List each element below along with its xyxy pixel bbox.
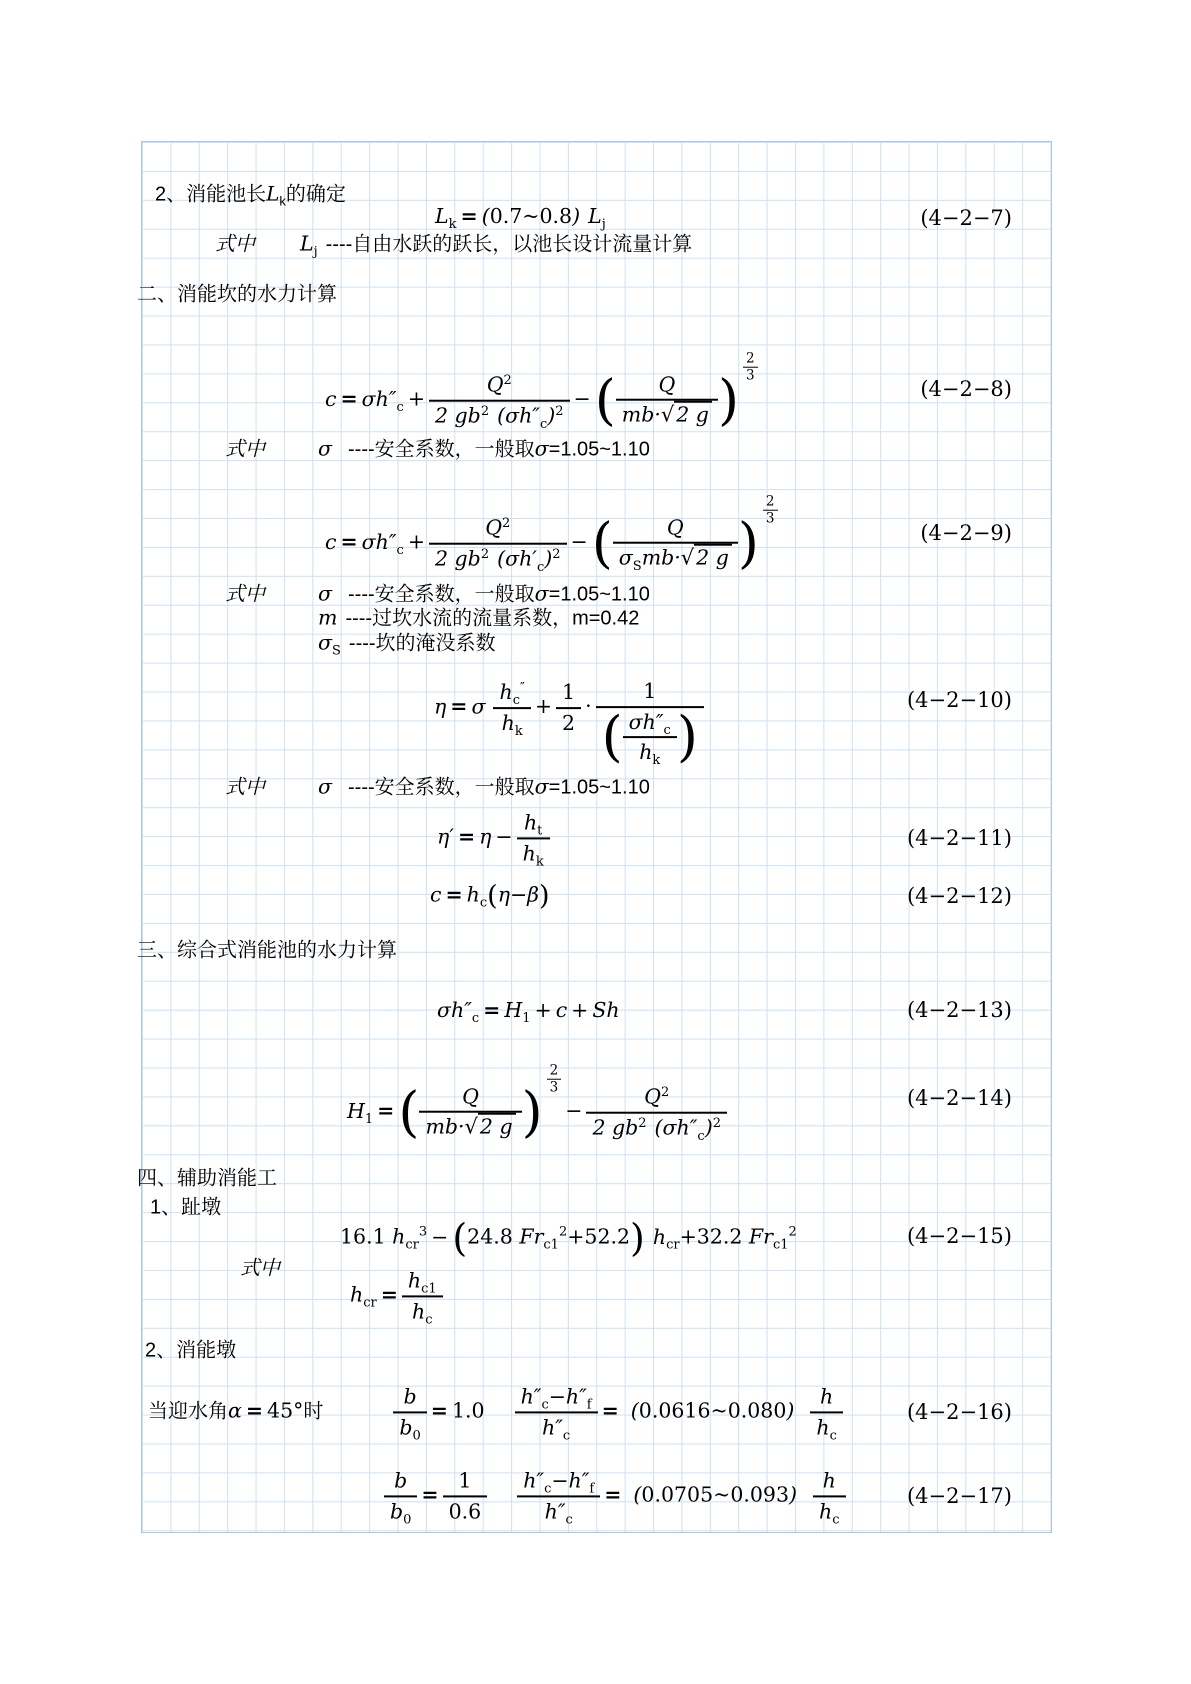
math-var: h — [653, 1225, 666, 1249]
math-var: L — [300, 232, 314, 256]
numerator: Q2 — [586, 1085, 727, 1112]
math-sup: 3 — [419, 1225, 427, 1240]
formula-4-2-17: bb0=10.6h″c−h″fh″c=(0.0705~0.093)hhc — [384, 1468, 846, 1523]
math-number: 1 — [562, 680, 575, 704]
math-sup: 2 — [504, 373, 512, 388]
equation-label-4-2-10: (4−2−10) — [907, 688, 1012, 712]
math-sub: c — [541, 1398, 548, 1413]
fraction: 10.6 — [443, 1468, 488, 1523]
numerator: Q2 — [429, 373, 570, 400]
math-number: 0.6 — [449, 1499, 482, 1523]
math-var: σ — [535, 437, 549, 461]
denominator: mb·√2 g — [616, 399, 718, 428]
math-term: η−β — [498, 883, 539, 907]
math-sub: c — [397, 543, 404, 558]
equals-sign: = — [242, 1399, 267, 1423]
explain-text: =1.05~1.10 — [549, 439, 650, 461]
big-paren-left: ( — [398, 1089, 419, 1135]
numerator: b — [384, 1468, 417, 1495]
formula-4-2-12: c=hc(η−β) — [430, 883, 550, 910]
radicand: 2 g — [478, 1113, 516, 1139]
plus-sign: + — [567, 998, 592, 1022]
shizhong-label: 式中 — [225, 777, 265, 799]
math-sup: 2 — [481, 547, 489, 562]
explain-line-sigma-1: 式中σ----安全系数，一般取σ=1.05~1.10 — [225, 433, 650, 462]
numerator: h″c−h″f — [515, 1384, 598, 1411]
equals-sign: = — [600, 1483, 625, 1507]
numerator: Q — [613, 516, 738, 543]
paren: ) — [705, 1115, 713, 1139]
sqrt-radical: √2 g — [661, 403, 712, 428]
math-sub: c — [697, 1128, 704, 1143]
fraction: Qmb·√2 g — [616, 373, 718, 429]
math-sub: k — [536, 854, 544, 869]
math-var: Q — [667, 516, 684, 540]
explain-line-shizhong: 式中 — [240, 1252, 280, 1281]
minus-sign: − — [570, 387, 595, 411]
denominator: hk — [517, 837, 550, 866]
math-term: 2 gb — [435, 403, 481, 427]
fraction: bb0 — [393, 1384, 426, 1439]
equals-sign: = — [454, 825, 479, 849]
fraction: hc″hk — [493, 680, 530, 735]
numerator: Q — [616, 373, 718, 400]
numerator: h — [810, 1384, 842, 1411]
equals-sign: = — [441, 883, 466, 907]
math-var: H — [347, 1099, 365, 1123]
math-term: σh″ — [629, 710, 664, 734]
exponent-denominator: 3 — [763, 511, 778, 526]
paren: ) — [572, 204, 580, 228]
sqrt-radical: √2 g — [465, 1115, 516, 1140]
paren: ( — [482, 204, 490, 228]
math-var: h — [502, 711, 515, 735]
math-term: (σh″ — [497, 403, 540, 427]
math-sub: c1 — [421, 1282, 437, 1297]
math-var: h — [467, 883, 480, 907]
equation-label-4-2-7: (4−2−7) — [920, 206, 1012, 230]
minus-sign: − — [491, 825, 516, 849]
equation-label-4-2-12: (4−2−12) — [907, 884, 1012, 908]
formula-4-2-15: 16.1 hcr3−(24.8 Frc12+52.2)hcr+32.2 Frc1… — [340, 1221, 797, 1255]
equation-label-4-2-14: (4−2−14) — [907, 1086, 1012, 1110]
math-var: h — [350, 1283, 363, 1307]
math-number: 16.1 — [340, 1225, 392, 1249]
math-sub: cr — [405, 1238, 419, 1253]
heading-sub-1: 1、趾墩 — [150, 1191, 221, 1220]
equals-sign: = — [377, 1283, 402, 1307]
math-sub: j — [314, 245, 318, 260]
math-number: 1 — [458, 1468, 471, 1492]
math-number: 24.8 — [467, 1225, 519, 1249]
minus-sign: − — [561, 1099, 586, 1123]
math-term: mb· — [642, 546, 681, 570]
math-term: (σh′ — [497, 546, 537, 570]
math-var: h — [820, 1384, 833, 1408]
fraction: hthk — [517, 810, 550, 865]
fraction: 12 — [556, 680, 581, 735]
equation-label-4-2-15: (4−2−15) — [907, 1224, 1012, 1248]
math-sub: c1 — [773, 1238, 789, 1253]
denominator: 2 gb2(σh″c)2 — [586, 1111, 727, 1140]
denominator: 2 gb2(σh″c)2 — [429, 399, 570, 428]
heading-section-2: 二、消能坎的水力计算 — [137, 278, 337, 307]
math-var: b — [394, 1468, 407, 1492]
math-var: α — [228, 1399, 242, 1423]
denominator: hc — [402, 1295, 443, 1324]
math-sub: c — [425, 1312, 432, 1327]
math-var: L — [588, 204, 602, 228]
formula-4-2-10: η=σhc″hk+12·1(σh″chk) — [434, 679, 704, 737]
numerator: Q2 — [429, 516, 567, 543]
math-sub: cr — [666, 1238, 680, 1253]
minus-sign: − — [567, 530, 592, 554]
math-var: c — [430, 883, 441, 907]
formula-4-2-14: H1=(Qmb·√2 g)23−Q22 gb2(σh″c)2 — [347, 1064, 727, 1141]
math-sub: c — [397, 400, 404, 415]
math-sub: S — [332, 644, 341, 659]
equals-sign: = — [446, 695, 471, 719]
fraction: h″c−h″fh″c — [515, 1384, 598, 1439]
math-var: c — [325, 530, 336, 554]
denominator: h″c — [515, 1411, 598, 1440]
numerator: b — [393, 1384, 426, 1411]
math-term: 2 gb — [592, 1115, 638, 1139]
math-var: h — [816, 1415, 829, 1439]
formula-hcr: hcr=hc1hc — [350, 1268, 443, 1323]
math-var: Fr — [749, 1225, 773, 1249]
lead-text: 当迎水角 — [148, 1401, 228, 1423]
math-term: h″ — [542, 1415, 563, 1439]
math-number: 1.0 — [452, 1399, 485, 1423]
explain-line-sigma-s: σS----坎的淹没系数 — [318, 627, 496, 656]
fraction: Q22 gb2(σh″c)2 — [586, 1085, 727, 1140]
math-var: L — [435, 204, 449, 228]
math-sup: 2 — [713, 1116, 721, 1131]
math-var: Q — [462, 1085, 479, 1109]
numerator: 1 — [596, 679, 704, 706]
formula-4-2-13: σh″c=H1+c+Sh — [437, 998, 620, 1022]
math-sub: c — [566, 1512, 573, 1527]
math-sub: k — [515, 724, 523, 739]
numerator: h — [813, 1468, 845, 1495]
equals-sign: = — [417, 1483, 442, 1507]
math-var: σ — [318, 631, 332, 655]
math-sup: 2 — [661, 1085, 669, 1100]
math-var: σ — [471, 695, 485, 719]
explain-line-lj: 式中Lj----自由水跃的跃长，以池长设计流量计算 — [215, 228, 692, 257]
math-sub: c — [664, 723, 671, 738]
formula-4-2-16: 当迎水角α=45°时bb0=1.0h″c−h″fh″c=(0.0616~0.08… — [148, 1384, 843, 1439]
radical-sign: √ — [681, 546, 694, 570]
math-number: 2 — [562, 711, 575, 735]
fraction: hhc — [813, 1468, 845, 1523]
big-paren-right: ) — [677, 714, 698, 760]
plus-sign: + — [404, 387, 429, 411]
denominator: 2 — [556, 707, 581, 736]
denominator: hk — [623, 736, 677, 765]
fraction: σh″chk — [623, 710, 677, 765]
paren-right: ) — [630, 1221, 645, 1255]
math-var: σ — [619, 546, 633, 570]
shizhong-label: 式中 — [240, 1258, 280, 1280]
math-sub: 1 — [522, 1011, 530, 1026]
big-paren-left: ( — [602, 714, 623, 760]
exponent-numerator: 2 — [743, 352, 758, 368]
equals-sign: = — [373, 1099, 398, 1123]
exponent-fraction: 23 — [547, 1064, 562, 1095]
big-paren-right: ) — [522, 1089, 543, 1135]
denominator: hc — [813, 1495, 845, 1524]
plus-sign: + — [531, 998, 556, 1022]
heading-text: 2、消能池长 — [155, 184, 266, 206]
numerator: Q — [419, 1085, 521, 1112]
math-sub: c — [513, 694, 520, 709]
fraction: Q22 gb2(σh′c)2 — [429, 516, 567, 571]
math-number: 45° — [267, 1399, 303, 1423]
math-sub: c — [480, 896, 487, 911]
math-var: h — [499, 680, 512, 704]
exponent-numerator: 2 — [763, 495, 778, 511]
denominator: b0 — [384, 1495, 417, 1524]
plus-sign: + — [404, 530, 429, 554]
numerator: hc″ — [493, 680, 530, 707]
explain-text: ----自由水跃的跃长，以池长设计流量计算 — [326, 234, 693, 256]
equation-label-4-2-13: (4−2−13) — [907, 998, 1012, 1022]
math-sub: 0 — [413, 1428, 421, 1443]
math-var: h — [523, 841, 536, 865]
math-var: b — [399, 1415, 412, 1439]
math-var: Q — [644, 1085, 661, 1109]
denominator: h″c — [517, 1495, 600, 1524]
math-term: −h″ — [551, 1468, 589, 1492]
math-term: mb· — [622, 403, 661, 427]
numerator: ht — [517, 810, 550, 837]
numerator: h″c−h″f — [517, 1468, 600, 1495]
denominator: σSmb·√2 g — [613, 542, 738, 571]
heading-section-3: 三、综合式消能池的水力计算 — [137, 934, 397, 963]
big-paren-left: ( — [592, 520, 613, 566]
formula-4-2-7: Lk=(0.7~0.8)Lj — [435, 204, 606, 228]
math-var: η — [479, 825, 491, 849]
math-sup: 2 — [481, 404, 489, 419]
fraction: QσSmb·√2 g — [613, 516, 738, 572]
explain-text: =1.05~1.10 — [549, 777, 650, 799]
math-term: Sh — [592, 998, 619, 1022]
math-sup: 2 — [559, 1225, 567, 1240]
math-term: 2 gb — [435, 546, 481, 570]
math-var: σ — [318, 437, 332, 461]
math-term: σh″ — [362, 387, 397, 411]
equals-sign: = — [598, 1399, 623, 1423]
fraction: 1(σh″chk) — [596, 679, 704, 765]
fraction: Qmb·√2 g — [419, 1085, 521, 1141]
math-var: η — [434, 695, 446, 719]
math-number: +32.2 — [680, 1225, 749, 1249]
paren: ) — [786, 1399, 794, 1423]
math-var: L — [266, 182, 279, 206]
math-var: h — [412, 1299, 425, 1323]
math-var: b — [404, 1384, 417, 1408]
math-sub: k — [652, 753, 660, 768]
math-var: Q — [487, 373, 504, 397]
math-sub: c — [832, 1512, 839, 1527]
big-paren-right: ) — [718, 377, 739, 423]
math-var: H — [504, 998, 522, 1022]
denominator: 2 gb2(σh′c)2 — [429, 542, 567, 571]
paren: ( — [631, 1399, 639, 1423]
equals-sign: = — [427, 1399, 452, 1423]
explain-line-sigma-3: 式中σ----安全系数，一般取σ=1.05~1.10 — [225, 771, 650, 800]
heading-pool-length: 2、消能池长Lk的确定 — [155, 178, 346, 207]
math-term: h″ — [521, 1384, 542, 1408]
denominator: hc — [810, 1411, 842, 1440]
math-var: Fr — [519, 1225, 543, 1249]
shizhong-label: 式中 — [225, 439, 265, 461]
math-var: c — [325, 387, 336, 411]
denominator: 0.6 — [443, 1495, 488, 1524]
math-sub: f — [587, 1398, 592, 1413]
plus-sign: + — [531, 695, 556, 719]
exponent-numerator: 2 — [547, 1064, 562, 1080]
numerator: 1 — [556, 680, 581, 707]
equation-label-4-2-11: (4−2−11) — [907, 826, 1012, 850]
math-sub: c — [830, 1428, 837, 1443]
math-number: 0.0705~0.093 — [641, 1483, 789, 1507]
denominator: (σh″chk) — [596, 706, 704, 765]
radicand: 2 g — [674, 401, 712, 427]
paren-right: ) — [539, 883, 550, 910]
fraction: Q22 gb2(σh″c)2 — [429, 373, 570, 428]
dot-operator: · — [581, 695, 596, 719]
formula-4-2-8: c=σh″c+Q22 gb2(σh″c)2−(Qmb·√2 g)23 — [325, 352, 758, 429]
equation-label-4-2-17: (4−2−17) — [907, 1484, 1012, 1508]
exponent-denominator: 3 — [547, 1080, 562, 1095]
math-sup: 2 — [502, 516, 510, 531]
radical-sign: √ — [661, 403, 674, 427]
fraction: h″c−h″fh″c — [517, 1468, 600, 1523]
formula-4-2-11: η′=η−hthk — [437, 810, 550, 865]
math-term: h″ — [523, 1468, 544, 1492]
equals-sign: = — [479, 998, 504, 1022]
math-term: σh″ — [362, 530, 397, 554]
math-sub: t — [537, 824, 542, 839]
math-sup: 2 — [555, 404, 563, 419]
explain-text: ----安全系数，一般取 — [348, 439, 535, 461]
math-var: σ — [535, 775, 549, 799]
fraction: hhc — [810, 1384, 842, 1439]
paren-left: ( — [487, 883, 498, 910]
explain-text: ----安全系数，一般取 — [348, 777, 535, 799]
math-sup: 2 — [789, 1225, 797, 1240]
math-var: Q — [485, 516, 502, 540]
heading-sub-2: 2、消能墩 — [145, 1334, 236, 1363]
heading-section-4: 四、辅助消能工 — [137, 1162, 277, 1191]
denominator: b0 — [393, 1411, 426, 1440]
shizhong-label: 式中 — [215, 234, 255, 256]
equals-sign: = — [336, 387, 361, 411]
math-var: h — [408, 1268, 421, 1292]
math-var: c — [556, 998, 567, 1022]
math-sub: c — [563, 1428, 570, 1443]
math-sub: 0 — [403, 1512, 411, 1527]
sqrt-radical: √2 g — [681, 546, 732, 571]
math-sub: f — [589, 1482, 594, 1497]
denominator: hk — [493, 707, 530, 736]
exponent-fraction: 23 — [763, 495, 778, 526]
fraction: bb0 — [384, 1468, 417, 1523]
math-var: h — [639, 740, 652, 764]
lead-text: 时 — [303, 1401, 323, 1423]
math-var: b — [390, 1499, 403, 1523]
equation-label-4-2-9: (4−2−9) — [920, 521, 1012, 545]
math-sup: ″ — [520, 681, 525, 696]
math-number: +52.2 — [567, 1225, 630, 1249]
fraction: hc1hc — [402, 1268, 443, 1323]
equation-label-4-2-16: (4−2−16) — [907, 1400, 1012, 1424]
math-sub: 1 — [365, 1112, 373, 1127]
math-var: σ — [318, 775, 332, 799]
denominator: mb·√2 g — [419, 1111, 521, 1140]
math-term: (σh″ — [655, 1115, 698, 1139]
math-var: h — [524, 810, 537, 834]
math-sup: 2 — [638, 1116, 646, 1131]
radicand: 2 g — [694, 544, 732, 570]
heading-text: 的确定 — [286, 184, 346, 206]
math-var: η′ — [437, 825, 454, 849]
big-paren-right: ) — [738, 520, 759, 566]
math-number: 0.0616~0.080 — [639, 1399, 787, 1423]
equation-label-4-2-8: (4−2−8) — [920, 377, 1012, 401]
math-number: 0.7~0.8 — [490, 204, 572, 228]
explain-text: ----坎的淹没系数 — [349, 633, 496, 655]
exponent-fraction: 23 — [743, 352, 758, 383]
big-paren-left: ( — [595, 377, 616, 423]
math-term: mb· — [425, 1115, 464, 1139]
math-sub: c1 — [543, 1238, 559, 1253]
math-sub: cr — [363, 1296, 377, 1311]
shizhong-label: 式中 — [225, 584, 265, 606]
minus-sign: − — [427, 1225, 452, 1249]
paren-left: ( — [452, 1221, 467, 1255]
math-var: h — [392, 1225, 405, 1249]
numerator: 1 — [443, 1468, 488, 1495]
math-sub: S — [633, 559, 642, 574]
formula-4-2-9: c=σh″c+Q22 gb2(σh′c)2−(QσSmb·√2 g)23 — [325, 495, 778, 572]
math-term: h″ — [545, 1499, 566, 1523]
numerator: hc1 — [402, 1268, 443, 1295]
math-var: Q — [658, 373, 675, 397]
paren: ) — [789, 1483, 797, 1507]
radical-sign: √ — [465, 1115, 478, 1139]
math-number: 1 — [643, 679, 656, 703]
equals-sign: = — [336, 530, 361, 554]
math-term: σh″ — [437, 998, 472, 1022]
math-var: h — [823, 1468, 836, 1492]
exponent-denominator: 3 — [743, 368, 758, 383]
math-sup: 2 — [552, 547, 560, 562]
equals-sign: = — [457, 204, 482, 228]
math-term: −h″ — [549, 1384, 587, 1408]
numerator: σh″c — [623, 710, 677, 737]
math-var: h — [819, 1499, 832, 1523]
